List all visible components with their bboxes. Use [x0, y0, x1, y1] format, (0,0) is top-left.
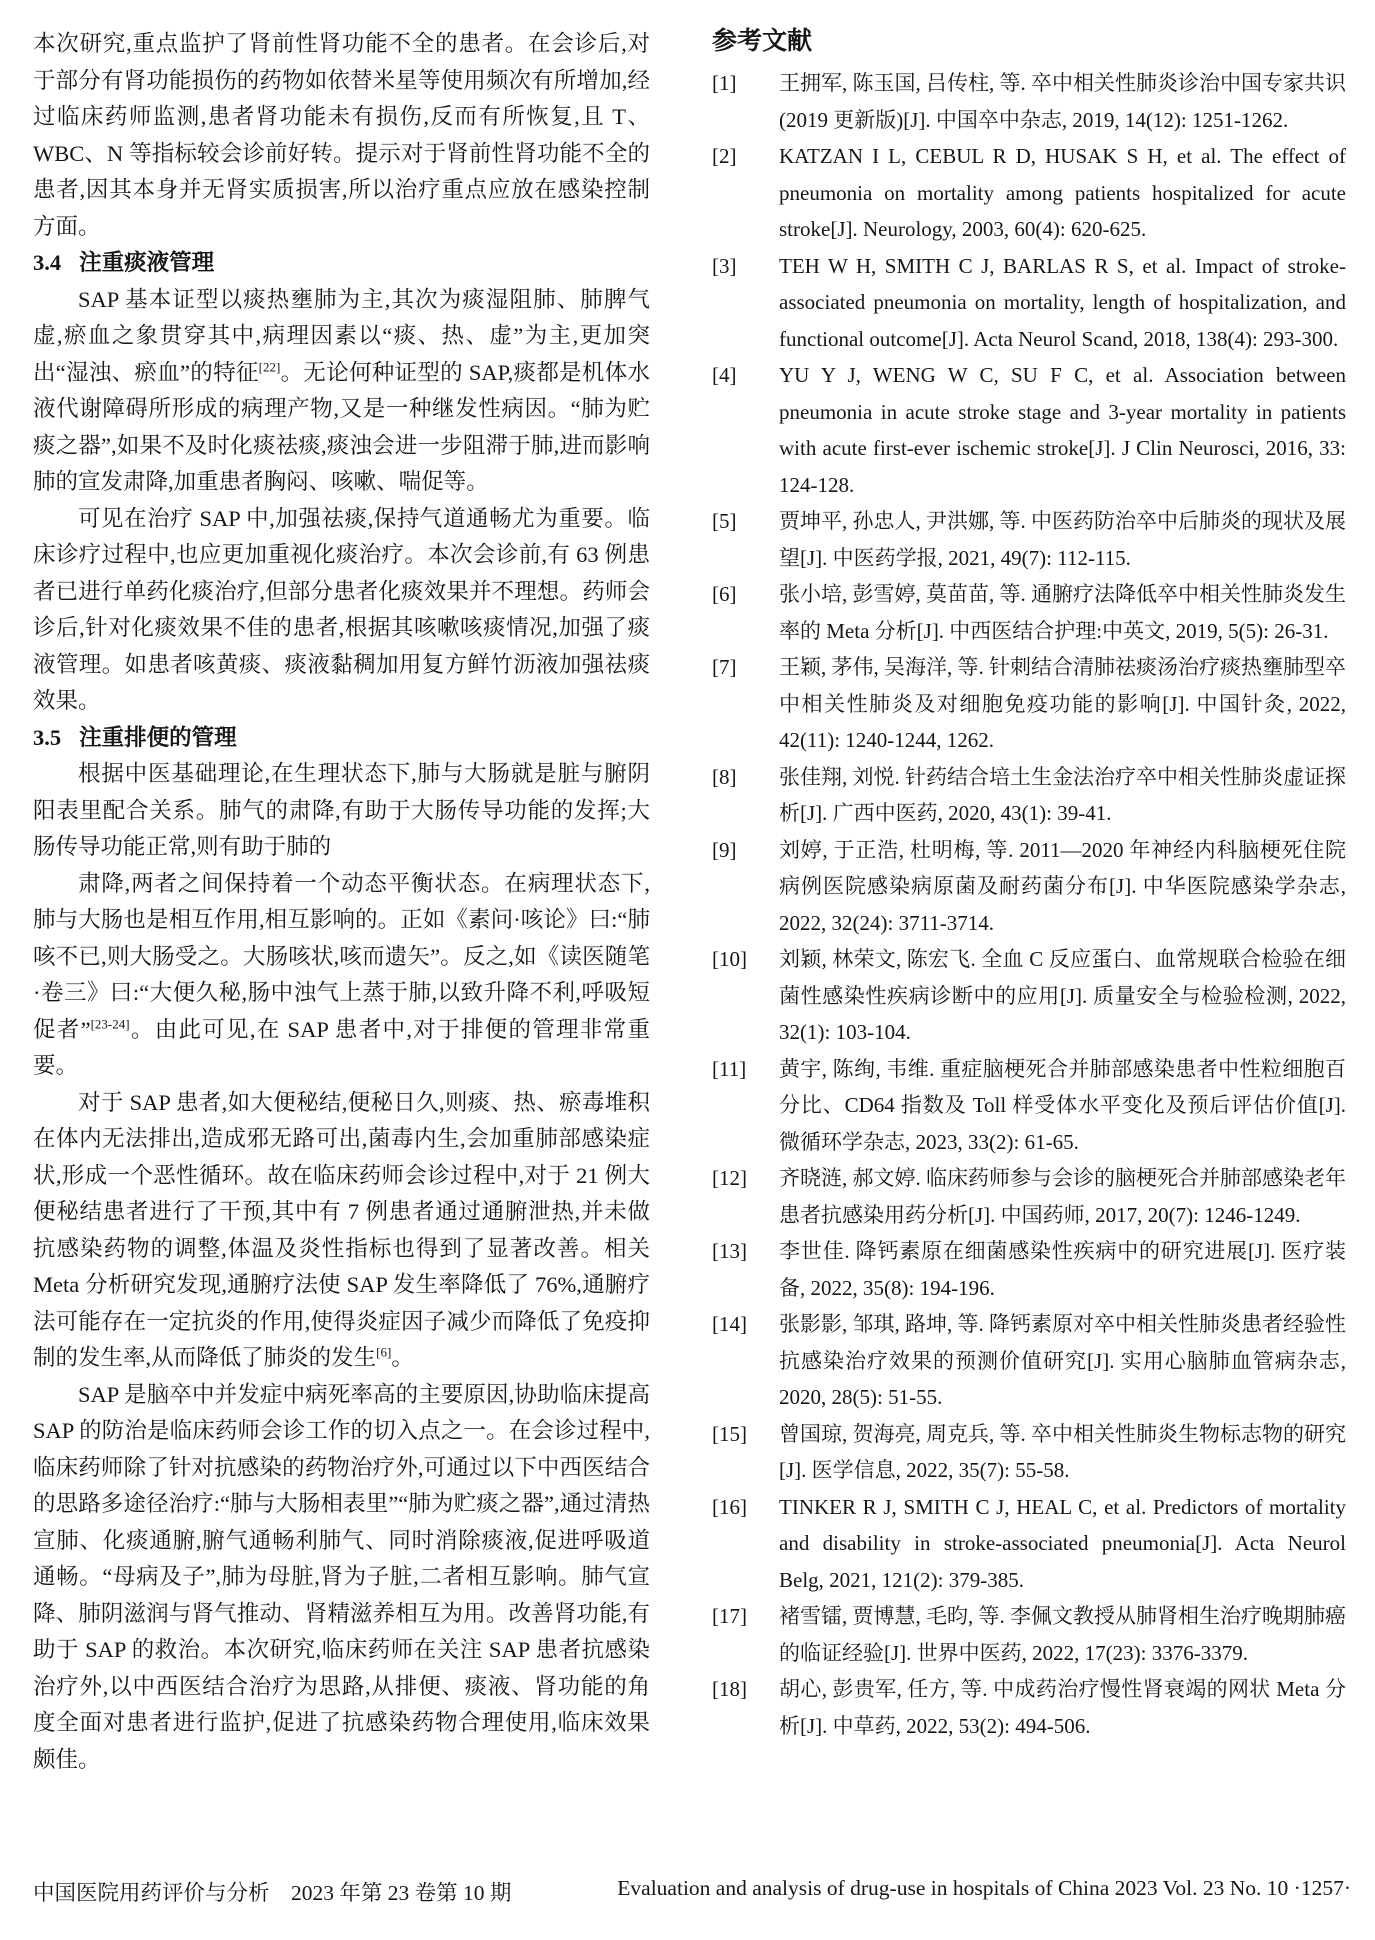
reference-text: KATZAN I L, CEBUL R D, HUSAK S H, et al.…	[779, 138, 1346, 248]
body-paragraph: 可见在治疗 SAP 中,加强祛痰,保持气道通畅尤为重要。临床诊疗过程中,也应更加…	[33, 501, 650, 720]
reference-label: [9]	[712, 832, 779, 942]
citation-superscript: [22]	[259, 359, 281, 374]
reference-text: 张影影, 邹琪, 路坤, 等. 降钙素原对卒中相关性肺炎患者经验性抗感染治疗效果…	[779, 1306, 1346, 1416]
reference-text: TINKER R J, SMITH C J, HEAL C, et al. Pr…	[779, 1489, 1346, 1599]
reference-text: YU Y J, WENG W C, SU F C, et al. Associa…	[779, 357, 1346, 503]
reference-text: TEH W H, SMITH C J, BARLAS R S, et al. I…	[779, 248, 1346, 358]
reference-label: [17]	[712, 1598, 779, 1671]
reference-text: 褚雪镭, 贾博慧, 毛昀, 等. 李佩文教授从肺肾相生治疗晚期肺癌的临证经验[J…	[779, 1598, 1346, 1671]
reference-item: [12]齐晓涟, 郝文婷. 临床药师参与会诊的脑梗死合并肺部感染老年患者抗感染用…	[712, 1160, 1346, 1233]
reference-text: 刘颖, 林荣文, 陈宏飞. 全血 C 反应蛋白、血常规联合检验在细菌性感染性疾病…	[779, 941, 1346, 1051]
reference-label: [2]	[712, 138, 779, 248]
reference-text: 黄宇, 陈绚, 韦维. 重症脑梗死合并肺部感染患者中性粒细胞百分比、CD64 指…	[779, 1051, 1346, 1161]
left-column: 本次研究,重点监护了肾前性肾功能不全的患者。在会诊后,对于部分有肾功能损伤的药物…	[33, 26, 650, 1778]
reference-item: [11]黄宇, 陈绚, 韦维. 重症脑梗死合并肺部感染患者中性粒细胞百分比、CD…	[712, 1051, 1346, 1161]
body-paragraph: 肃降,两者之间保持着一个动态平衡状态。在病理状态下,肺与大肠也是相互作用,相互影…	[33, 866, 650, 1085]
reference-label: [16]	[712, 1489, 779, 1599]
reference-label: [6]	[712, 576, 779, 649]
section-heading: 3.5注重排便的管理	[33, 720, 650, 757]
reference-list: [1]王拥军, 陈玉国, 吕传柱, 等. 卒中相关性肺炎诊治中国专家共识(201…	[712, 65, 1346, 1744]
citation-superscript: [23-24]	[91, 1016, 130, 1031]
reference-text: 贾坤平, 孙忠人, 尹洪娜, 等. 中医药防治卒中后肺炎的现状及展望[J]. 中…	[779, 503, 1346, 576]
reference-label: [12]	[712, 1160, 779, 1233]
reference-text: 张小培, 彭雪婷, 莫苗苗, 等. 通腑疗法降低卒中相关性肺炎发生率的 Meta…	[779, 576, 1346, 649]
reference-text: 张佳翔, 刘悦. 针药结合培土生金法治疗卒中相关性肺炎虚证探析[J]. 广西中医…	[779, 759, 1346, 832]
reference-label: [4]	[712, 357, 779, 503]
section-number: 3.4	[33, 250, 61, 275]
section-number: 3.5	[33, 725, 61, 750]
reference-text: 刘婷, 于正浩, 杜明梅, 等. 2011—2020 年神经内科脑梗死住院病例医…	[779, 832, 1346, 942]
reference-text: 王颖, 茅伟, 吴海洋, 等. 针刺结合清肺祛痰汤治疗痰热壅肺型卒中相关性肺炎及…	[779, 649, 1346, 759]
reference-label: [5]	[712, 503, 779, 576]
reference-item: [13]李世佳. 降钙素原在细菌感染性疾病中的研究进展[J]. 医疗装备, 20…	[712, 1233, 1346, 1306]
journal-page: 本次研究,重点监护了肾前性肾功能不全的患者。在会诊后,对于部分有肾功能损伤的药物…	[0, 0, 1375, 1940]
reference-item: [14]张影影, 邹琪, 路坤, 等. 降钙素原对卒中相关性肺炎患者经验性抗感染…	[712, 1306, 1346, 1416]
reference-item: [17]褚雪镭, 贾博慧, 毛昀, 等. 李佩文教授从肺肾相生治疗晚期肺癌的临证…	[712, 1598, 1346, 1671]
reference-item: [9]刘婷, 于正浩, 杜明梅, 等. 2011—2020 年神经内科脑梗死住院…	[712, 832, 1346, 942]
reference-label: [14]	[712, 1306, 779, 1416]
reference-item: [18]胡心, 彭贵军, 任方, 等. 中成药治疗慢性肾衰竭的网状 Meta 分…	[712, 1671, 1346, 1744]
reference-text: 曾国琼, 贺海亮, 周克兵, 等. 卒中相关性肺炎生物标志物的研究[J]. 医学…	[779, 1416, 1346, 1489]
body-paragraph: SAP 基本证型以痰热壅肺为主,其次为痰湿阻肺、肺脾气虚,瘀血之象贯穿其中,病理…	[33, 282, 650, 501]
body-paragraph: 本次研究,重点监护了肾前性肾功能不全的患者。在会诊后,对于部分有肾功能损伤的药物…	[33, 26, 650, 245]
reference-text: 王拥军, 陈玉国, 吕传柱, 等. 卒中相关性肺炎诊治中国专家共识(2019 更…	[779, 65, 1346, 138]
reference-item: [15]曾国琼, 贺海亮, 周克兵, 等. 卒中相关性肺炎生物标志物的研究[J]…	[712, 1416, 1346, 1489]
footer-journal-title-cn: 中国医院用药评价与分析 2023 年第 23 卷第 10 期	[33, 1876, 511, 1907]
reference-item: [16]TINKER R J, SMITH C J, HEAL C, et al…	[712, 1489, 1346, 1599]
section-title: 注重排便的管理	[79, 725, 237, 750]
reference-label: [8]	[712, 759, 779, 832]
reference-item: [2]KATZAN I L, CEBUL R D, HUSAK S H, et …	[712, 138, 1346, 248]
reference-item: [6]张小培, 彭雪婷, 莫苗苗, 等. 通腑疗法降低卒中相关性肺炎发生率的 M…	[712, 576, 1346, 649]
reference-item: [5]贾坤平, 孙忠人, 尹洪娜, 等. 中医药防治卒中后肺炎的现状及展望[J]…	[712, 503, 1346, 576]
reference-label: [13]	[712, 1233, 779, 1306]
reference-label: [10]	[712, 941, 779, 1051]
reference-item: [4]YU Y J, WENG W C, SU F C, et al. Asso…	[712, 357, 1346, 503]
reference-text: 胡心, 彭贵军, 任方, 等. 中成药治疗慢性肾衰竭的网状 Meta 分析[J]…	[779, 1671, 1346, 1744]
body-paragraph: SAP 是脑卒中并发症中病死率高的主要原因,协助临床提高 SAP 的防治是临床药…	[33, 1377, 650, 1779]
reference-label: [11]	[712, 1051, 779, 1161]
reference-label: [7]	[712, 649, 779, 759]
reference-item: [7]王颖, 茅伟, 吴海洋, 等. 针刺结合清肺祛痰汤治疗痰热壅肺型卒中相关性…	[712, 649, 1346, 759]
section-heading: 3.4注重痰液管理	[33, 245, 650, 282]
body-paragraph: 对于 SAP 患者,如大便秘结,便秘日久,则痰、热、瘀毒堆积在体内无法排出,造成…	[33, 1085, 650, 1377]
references-heading: 参考文献	[712, 22, 1346, 60]
footer-journal-title-en: Evaluation and analysis of drug-use in h…	[617, 1876, 1351, 1901]
reference-item: [10]刘颖, 林荣文, 陈宏飞. 全血 C 反应蛋白、血常规联合检验在细菌性感…	[712, 941, 1346, 1051]
reference-label: [18]	[712, 1671, 779, 1744]
reference-text: 齐晓涟, 郝文婷. 临床药师参与会诊的脑梗死合并肺部感染老年患者抗感染用药分析[…	[779, 1160, 1346, 1233]
reference-text: 李世佳. 降钙素原在细菌感染性疾病中的研究进展[J]. 医疗装备, 2022, …	[779, 1233, 1346, 1306]
reference-item: [1]王拥军, 陈玉国, 吕传柱, 等. 卒中相关性肺炎诊治中国专家共识(201…	[712, 65, 1346, 138]
right-column: 参考文献 [1]王拥军, 陈玉国, 吕传柱, 等. 卒中相关性肺炎诊治中国专家共…	[712, 22, 1346, 1744]
body-paragraph: 根据中医基础理论,在生理状态下,肺与大肠就是脏与腑阴阳表里配合关系。肺气的肃降,…	[33, 756, 650, 866]
reference-label: [1]	[712, 65, 779, 138]
section-title: 注重痰液管理	[79, 250, 214, 275]
reference-item: [3]TEH W H, SMITH C J, BARLAS R S, et al…	[712, 248, 1346, 358]
reference-item: [8]张佳翔, 刘悦. 针药结合培土生金法治疗卒中相关性肺炎虚证探析[J]. 广…	[712, 759, 1346, 832]
citation-superscript: [6]	[376, 1345, 391, 1360]
reference-label: [3]	[712, 248, 779, 358]
reference-label: [15]	[712, 1416, 779, 1489]
